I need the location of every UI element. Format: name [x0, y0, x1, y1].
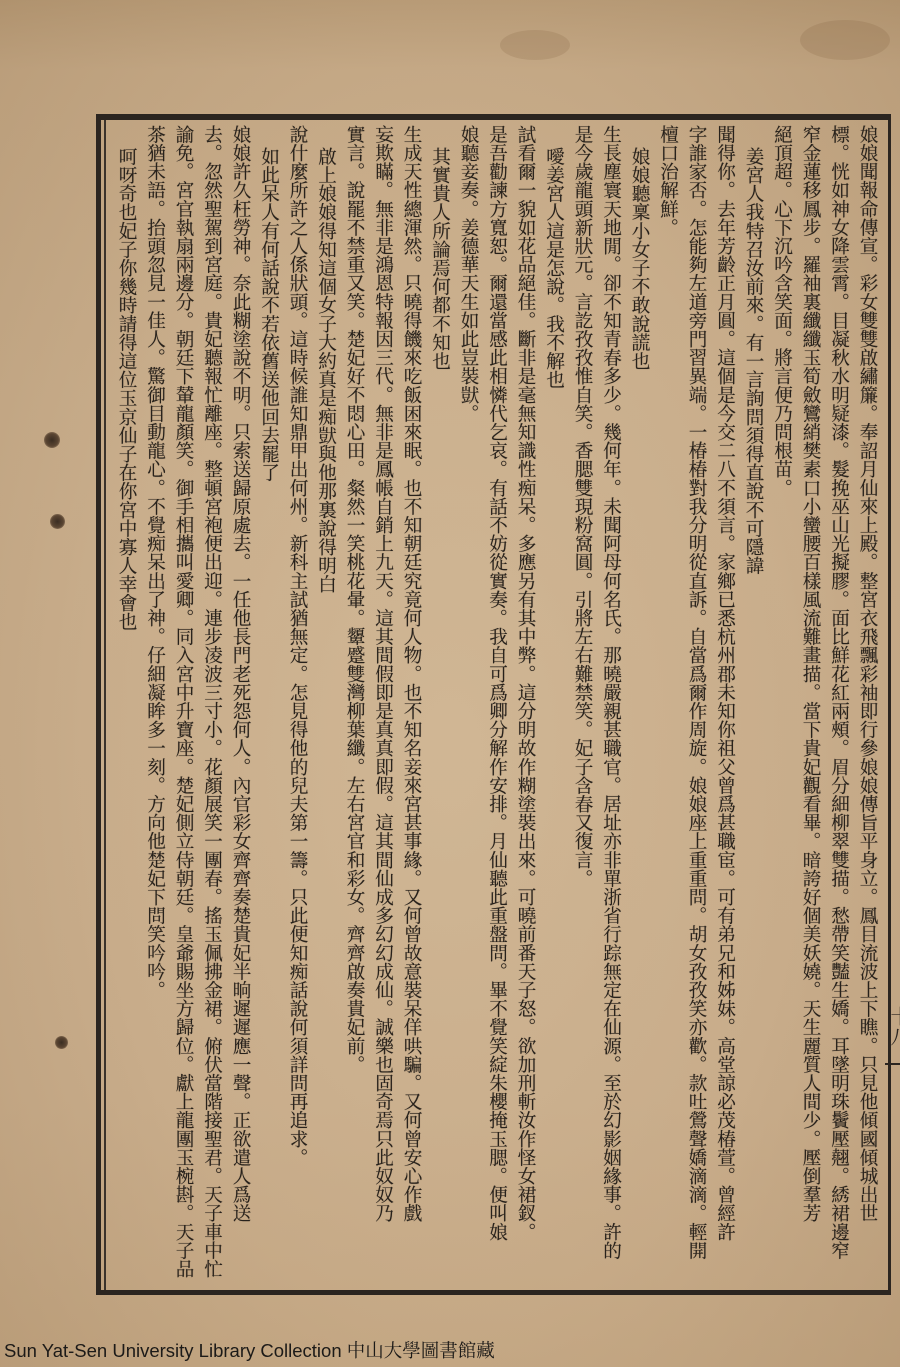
text-column: 實言。說罷不禁重又笑。楚妃好不悶心田。粲然一笑桃花暈。顰蹙雙灣柳葉纖。左右宮官和…: [340, 125, 369, 1285]
text-column: 絕頂超。心下沉吟含笑面。將言便乃問根苗。: [767, 125, 796, 1285]
text-column: 茶猶未語。抬頭忽見一佳人。驚御目動龍心。不覺痴呆出了神。仔細凝眸多一刻。方向他楚…: [140, 125, 169, 1285]
text-column-dialogue: 呵呀奇也妃子你幾時請得這位玉京仙子在你宮中寡人幸會也: [112, 125, 141, 1285]
text-column: 檀口治解鮮。: [653, 125, 682, 1285]
text-column: 說什麼所許之人係狀頭。這時候誰知鼎甲出何州。新科主試猶無定。怎見得他的兒夫第一籌…: [283, 125, 312, 1285]
text-column: 是吾勸諫方寬恕。爾還當感此相憐代乞哀。有話不妨從實奏。我自可爲卿分解作安排。月仙…: [482, 125, 511, 1285]
binding-hole: [55, 1036, 68, 1049]
text-column: 是今歲龍頭新狀元。言訖孜孜惟自笑。香腮雙現粉窩圓。引將左右難禁笑。妃子含春又復言…: [568, 125, 597, 1285]
text-column: 去。忽然聖駕到宮庭。貴妃聽報忙離座。整頓宮袍便出迎。連步凌波三寸小。花顏展笑一團…: [197, 125, 226, 1285]
text-column: 標。恍如神女降雲霄。目凝秋水明疑漆。髮挽巫山光擬膠。面比鮮花紅兩頰。眉分細柳翠雙…: [824, 125, 853, 1285]
text-column-dialogue: 姜宮人我特召汝前來。有一言詢問須得直說不可隱諱: [739, 125, 768, 1285]
text-column: 娘聽妾奏。姜德華天生如此豈裝獃。: [454, 125, 483, 1285]
scanned-page: 娘娘聞報命傳宣。彩女雙雙啟繡簾。奉詔月仙來上殿。整宮衣飛飄彩袖即行參娘娘傳旨平身…: [0, 0, 900, 1367]
text-column-dialogue: 啟上娘娘得知這個女子大約真是痴獃與他那裏說得明白: [311, 125, 340, 1285]
paper-stain: [500, 30, 570, 60]
text-column: 聞得你。去年芳齡正月圓。這個是今交二八不須言。家鄉已悉杭州郡未知你祖父曾爲甚職宦…: [710, 125, 739, 1285]
text-column: 生成天性總渾然。只曉得饑來吃飯困來眠。也不知朝廷究竟何人物。也不知名妾來宮甚事緣…: [397, 125, 426, 1285]
collection-watermark: Sun Yat-Sen University Library Collectio…: [4, 1338, 495, 1364]
text-column: 諭免。宮官執扇兩邊分。朝廷下輦龍顏笑。御手相攜叫愛卿。同入宮中升寶座。楚妃側立侍…: [169, 125, 198, 1285]
text-column: 窄金蓮移鳳步。羅袖裏纖纖玉筍斂鸞綃樊素口小蠻腰百樣風流難畫描。當下貴妃觀看畢。暗…: [796, 125, 825, 1285]
text-column-dialogue: 如此呆人有何話說不若依舊送他回去罷了: [254, 125, 283, 1285]
text-column-dialogue: 其實貴人所論焉何都不知也: [425, 125, 454, 1285]
text-body: 娘娘聞報命傳宣。彩女雙雙啟繡簾。奉詔月仙來上殿。整宮衣飛飄彩袖即行參娘娘傳旨平身…: [111, 125, 881, 1285]
text-column: 妄欺瞞。無非是鴻恩特報因三代。無非是鳳帳自銷上九天。這其間假即是真真即假。這其間…: [368, 125, 397, 1285]
binding-hole: [50, 514, 65, 529]
text-column-dialogue: 娘娘聽稟小女子不敢說謊也: [625, 125, 654, 1285]
folio-rule: [885, 1063, 900, 1065]
text-column: 生長塵寰天地閒。卻不知青春多少。幾何年。未聞阿母何名氏。那曉嚴親甚職官。居址亦非…: [596, 125, 625, 1285]
text-column: 試看爾一貌如花品絕佳。斷非是毫無知識性痴呆。多應另有其中弊。這分明故作糊塗裝出來…: [511, 125, 540, 1285]
binding-hole: [44, 432, 60, 448]
folio-number: 十八: [887, 1006, 900, 1066]
text-column-dialogue: 噯姜宮人這是怎說。我不解也: [539, 125, 568, 1285]
paper-stain: [800, 20, 890, 60]
text-column: 娘娘許久枉勞神。奈此糊塗說不明。只索送歸原處去。一任他長門老死怨何人。內官彩女齊…: [226, 125, 255, 1285]
text-column: 娘娘聞報命傳宣。彩女雙雙啟繡簾。奉詔月仙來上殿。整宮衣飛飄彩袖即行參娘娘傳旨平身…: [853, 125, 882, 1285]
text-column: 字誰家否。怎能夠左道旁門習異端。一椿椿對我分明從直訴。自當爲爾作周旋。娘娘座上重…: [682, 125, 711, 1285]
